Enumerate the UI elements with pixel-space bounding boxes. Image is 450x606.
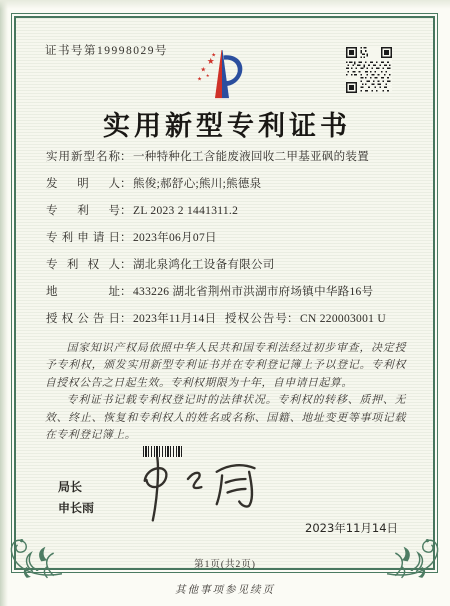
field-value: 一种特种化工含能废液回收二甲基亚砜的装置	[133, 151, 369, 163]
legal-paragraph: 国家知识产权局依照中华人民共和国专利法经过初步审查，决定授予专利权，颁发实用新型…	[45, 340, 406, 392]
field-value: CN 220003001 U	[300, 313, 386, 325]
svg-text:★: ★	[207, 57, 215, 67]
svg-text:★: ★	[200, 66, 206, 74]
patent-certificate-page: 证书号第19998029号 ★ ★ ★ ★ ★ 实用新型专利证书 实用新型名称：…	[0, 0, 450, 606]
field-value: ZL 2023 2 1441311.2	[133, 205, 238, 217]
handwritten-signature	[122, 452, 270, 524]
field-row-name: 实用新型名称：一种特种化工含能废液回收二甲基亚砜的装置	[46, 150, 408, 177]
field-row-filing-date: 专利申请日：2023年06月07日	[46, 231, 408, 258]
scan-edge-top	[0, 0, 450, 9]
scan-edge-left	[0, 0, 8, 606]
field-row-grant: 授权公告日：2023年11月14日 授权公告号：CN 220003001 U	[46, 312, 408, 339]
field-label: 授权公告日	[46, 312, 120, 327]
svg-text:★: ★	[197, 76, 202, 82]
field-value: 433226 湖北省荆州市洪湖市府场镇中华路16号	[133, 286, 373, 298]
certificate-number: 证书号第19998029号	[45, 42, 168, 58]
svg-text:★: ★	[206, 73, 210, 79]
signer-name: 申长雨	[58, 499, 94, 516]
qr-code	[346, 47, 392, 93]
field-label: 地址	[46, 285, 120, 300]
signer-title: 局长	[58, 478, 82, 495]
certificate-title: 实用新型专利证书	[0, 104, 450, 143]
field-value: 湖北泉鸿化工设备有限公司	[133, 259, 275, 271]
field-value: 熊俊;郝舒心;熊川;熊德泉	[133, 178, 261, 190]
floral-corner-ornament-icon	[2, 520, 64, 582]
svg-text:★: ★	[211, 53, 216, 59]
page-number: 第1页(共2页)	[0, 556, 450, 570]
field-label: 专利权人	[46, 258, 120, 273]
cnipa-patent-logo-icon: ★ ★ ★ ★ ★	[195, 46, 249, 106]
issue-date: 2023年11月14日	[305, 520, 398, 536]
field-label: 发明人	[46, 177, 120, 192]
continuation-note: 其他事项参见续页	[0, 582, 450, 597]
field-row-address: 地址：433226 湖北省荆州市洪湖市府场镇中华路16号	[46, 285, 408, 312]
field-grant-number: 授权公告号：CN 220003001 U	[225, 312, 386, 327]
field-label: 授权公告号	[225, 312, 287, 327]
legal-text: 国家知识产权局依照中华人民共和国专利法经过初步审查，决定授予专利权，颁发实用新型…	[45, 340, 406, 444]
field-value: 2023年11月14日	[133, 313, 216, 325]
field-value: 2023年06月07日	[133, 232, 217, 244]
field-row-patentee: 专利权人：湖北泉鸿化工设备有限公司	[46, 258, 408, 285]
legal-paragraph: 专利证书记载专利权登记时的法律状况。专利权的转移、质押、无效、终止、恢复和专利权…	[45, 392, 406, 444]
field-row-inventors: 发明人：熊俊;郝舒心;熊川;熊德泉	[46, 177, 408, 204]
field-label: 实用新型名称	[46, 150, 120, 165]
field-list: 实用新型名称：一种特种化工含能废液回收二甲基亚砜的装置 发明人：熊俊;郝舒心;熊…	[46, 150, 408, 339]
field-label: 专利申请日	[46, 231, 120, 246]
field-label: 专利号	[46, 204, 120, 219]
field-row-patent-no: 专利号：ZL 2023 2 1441311.2	[46, 204, 408, 231]
